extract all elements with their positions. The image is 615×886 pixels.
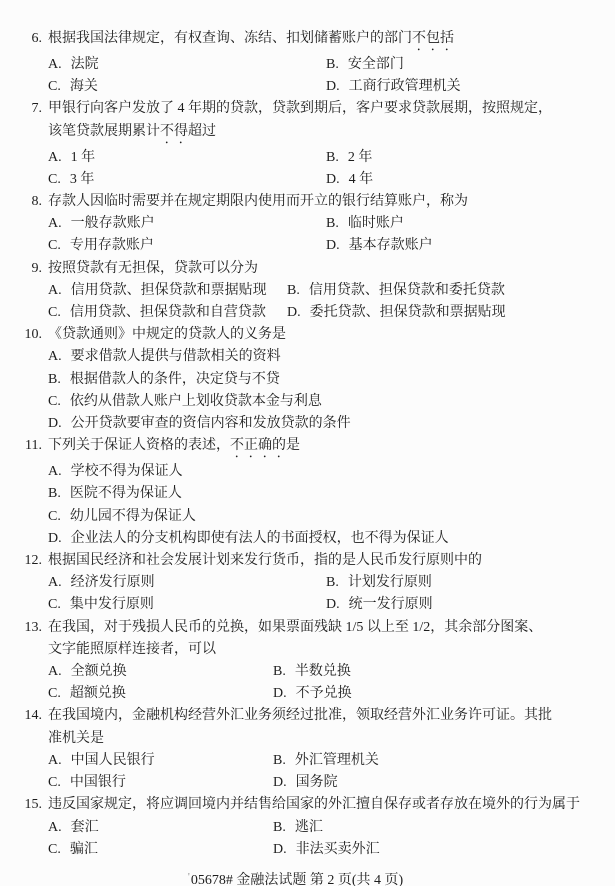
option-D: D.公开贷款要审查的资信内容和发放贷款的条件 bbox=[48, 413, 591, 435]
question-7: 7.甲银行向客户发放了 4 年期的贷款，贷款到期后，客户要求贷款展期，按照规定，… bbox=[0, 98, 591, 191]
option-A: A.要求借款人提供与借款相关的资料 bbox=[48, 346, 591, 368]
option-D: D.国务院 bbox=[273, 772, 591, 794]
option-text: 集中发行原则 bbox=[70, 597, 154, 612]
question-stem-line: 《贷款通则》中规定的贷款人的义务是 bbox=[48, 324, 591, 346]
option-A: A.信用贷款、担保贷款和票据贴现 bbox=[48, 280, 287, 302]
option-label: B. bbox=[326, 54, 339, 76]
option-A: A.学校不得为保证人 bbox=[48, 461, 591, 483]
option-label: C. bbox=[48, 76, 61, 98]
option-text: 外汇管理机关 bbox=[295, 753, 379, 768]
option-C: C.专用存款账户 bbox=[48, 235, 326, 257]
option-text: 要求借款人提供与借款相关的资料 bbox=[71, 349, 281, 364]
option-C: C.骗汇 bbox=[48, 839, 273, 861]
page-footer: '05678# 金融法试题 第 2 页(共 4 页) bbox=[0, 866, 591, 886]
option-text: 信用贷款、担保贷款和委托贷款 bbox=[309, 283, 505, 298]
option-B: B.外汇管理机关 bbox=[273, 750, 591, 772]
option-label: A. bbox=[48, 147, 62, 169]
option-label: C. bbox=[48, 839, 61, 861]
option-D: D.委托贷款、担保贷款和票据贴现 bbox=[287, 302, 591, 324]
option-text: 公开贷款要审查的资信内容和发放贷款的条件 bbox=[71, 416, 351, 431]
option-C: C.依约从借款人账户上划收贷款本金与利息 bbox=[48, 391, 591, 413]
option-D: D.不予兑换 bbox=[273, 683, 591, 705]
question-14: 14.在我国境内，金融机构经营外汇业务须经过批准，领取经营外汇业务许可证。其批准… bbox=[0, 705, 591, 794]
option-A: A.经济发行原则 bbox=[48, 572, 326, 594]
option-label: B. bbox=[273, 750, 286, 772]
stem-emphasized-text: 不正确的 bbox=[230, 438, 286, 453]
option-text: 专用存款账户 bbox=[70, 238, 154, 253]
options-grid: A.信用贷款、担保贷款和票据贴现B.信用贷款、担保贷款和委托贷款C.信用贷款、担… bbox=[48, 280, 591, 324]
option-B: B.根据借款人的条件，决定贷与不贷 bbox=[48, 369, 591, 391]
option-label: A. bbox=[48, 280, 62, 302]
option-label: A. bbox=[48, 750, 62, 772]
question-number: 9. bbox=[0, 258, 42, 280]
option-text: 根据借款人的条件，决定贷与不贷 bbox=[70, 372, 280, 387]
stem-text: 是 bbox=[286, 438, 300, 453]
option-text: 2 年 bbox=[348, 150, 373, 165]
question-stem-line: 按照贷款有无担保，贷款可以分为 bbox=[48, 258, 591, 280]
option-text: 统一发行原则 bbox=[349, 597, 433, 612]
option-C: C.集中发行原则 bbox=[48, 594, 326, 616]
option-A: A.1 年 bbox=[48, 147, 326, 169]
option-text: 幼儿园不得为保证人 bbox=[70, 509, 196, 524]
option-text: 工商行政管理机关 bbox=[349, 79, 461, 94]
option-text: 计划发行原则 bbox=[348, 575, 432, 590]
stem-text: 准机关是 bbox=[48, 731, 104, 746]
option-label: D. bbox=[273, 683, 287, 705]
option-label: A. bbox=[48, 661, 62, 683]
option-B: B.信用贷款、担保贷款和委托贷款 bbox=[287, 280, 591, 302]
option-text: 半数兑换 bbox=[295, 664, 351, 679]
option-label: D. bbox=[326, 76, 340, 98]
option-C: C.幼儿园不得为保证人 bbox=[48, 506, 591, 528]
option-text: 不予兑换 bbox=[296, 686, 352, 701]
question-stem-line: 甲银行向客户发放了 4 年期的贷款，贷款到期后，客户要求贷款展期，按照规定， bbox=[48, 98, 591, 120]
option-text: 依约从借款人账户上划收贷款本金与利息 bbox=[70, 394, 322, 409]
option-label: A. bbox=[48, 461, 62, 483]
stem-text: 违反国家规定，将应调回境内并结售给国家的外汇擅自保存或者存放在境外的行为属于 bbox=[48, 797, 580, 812]
stem-text: 在我国，对于残损人民币的兑换，如果票面残缺 1/5 以上至 1/2，其余部分图案… bbox=[48, 620, 542, 635]
question-stem-line: 该笔贷款展期累计不得超过 bbox=[48, 121, 591, 147]
option-D: D.4 年 bbox=[326, 169, 591, 191]
options-grid: A.学校不得为保证人B.医院不得为保证人C.幼儿园不得为保证人D.企业法人的分支… bbox=[48, 461, 591, 550]
option-C: C.信用贷款、担保贷款和自营贷款 bbox=[48, 302, 287, 324]
option-text: 临时账户 bbox=[348, 216, 404, 231]
stem-text: 按照贷款有无担保，贷款可以分为 bbox=[48, 261, 258, 276]
option-text: 3 年 bbox=[70, 172, 95, 187]
option-text: 套汇 bbox=[71, 820, 99, 835]
exam-page: 6.根据我国法律规定，有权查询、冻结、扣划储蓄账户的部门不包括A.法院B.安全部… bbox=[0, 0, 615, 886]
question-number: 12. bbox=[0, 550, 42, 572]
stem-text: 《贷款通则》中规定的贷款人的义务是 bbox=[48, 327, 286, 342]
option-text: 医院不得为保证人 bbox=[70, 486, 182, 501]
option-text: 信用贷款、担保贷款和自营贷款 bbox=[70, 305, 266, 320]
option-label: A. bbox=[48, 213, 62, 235]
options-grid: A.一般存款账户B.临时账户C.专用存款账户D.基本存款账户 bbox=[48, 213, 591, 257]
question-9: 9.按照贷款有无担保，贷款可以分为A.信用贷款、担保贷款和票据贴现B.信用贷款、… bbox=[0, 258, 591, 325]
option-B: B.医院不得为保证人 bbox=[48, 483, 591, 505]
stem-emphasized-text: 不得 bbox=[160, 124, 188, 139]
option-text: 海关 bbox=[70, 79, 98, 94]
option-label: D. bbox=[48, 528, 62, 550]
question-number: 7. bbox=[0, 98, 42, 120]
option-C: C.超额兑换 bbox=[48, 683, 273, 705]
question-12: 12.根据国民经济和社会发展计划来发行货币，指的是人民币发行原则中的A.经济发行… bbox=[0, 550, 591, 617]
question-number: 8. bbox=[0, 191, 42, 213]
option-label: D. bbox=[326, 594, 340, 616]
question-number: 10. bbox=[0, 324, 42, 346]
option-label: D. bbox=[287, 302, 301, 324]
option-label: C. bbox=[48, 235, 61, 257]
option-B: B.安全部门 bbox=[326, 54, 591, 76]
option-C: C.3 年 bbox=[48, 169, 326, 191]
question-stem-line: 在我国，对于残损人民币的兑换，如果票面残缺 1/5 以上至 1/2，其余部分图案… bbox=[48, 617, 591, 639]
stem-text: 该笔贷款展期累计 bbox=[48, 124, 160, 139]
question-number: 15. bbox=[0, 794, 42, 816]
question-stem-line: 根据我国法律规定，有权查询、冻结、扣划储蓄账户的部门不包括 bbox=[48, 28, 591, 54]
option-label: D. bbox=[273, 772, 287, 794]
question-6: 6.根据我国法律规定，有权查询、冻结、扣划储蓄账户的部门不包括A.法院B.安全部… bbox=[0, 28, 591, 98]
options-grid: A.中国人民银行B.外汇管理机关C.中国银行D.国务院 bbox=[48, 750, 591, 794]
option-label: C. bbox=[48, 506, 61, 528]
stem-text: 根据我国法律规定，有权查询、冻结、扣划储蓄账户的部门 bbox=[48, 31, 412, 46]
option-label: B. bbox=[48, 483, 61, 505]
option-text: 基本存款账户 bbox=[349, 238, 433, 253]
question-15: 15.违反国家规定，将应调回境内并结售给国家的外汇擅自保存或者存放在境外的行为属… bbox=[0, 794, 591, 861]
question-stem-line: 文字能照原样连接者，可以 bbox=[48, 639, 591, 661]
question-stem-line: 违反国家规定，将应调回境内并结售给国家的外汇擅自保存或者存放在境外的行为属于 bbox=[48, 794, 591, 816]
option-label: C. bbox=[48, 594, 61, 616]
option-text: 全额兑换 bbox=[71, 664, 127, 679]
option-A: A.套汇 bbox=[48, 817, 273, 839]
option-B: B.临时账户 bbox=[326, 213, 591, 235]
option-text: 信用贷款、担保贷款和票据贴现 bbox=[71, 283, 267, 298]
options-grid: A.套汇B.逃汇C.骗汇D.非法买卖外汇 bbox=[48, 817, 591, 861]
option-A: A.全额兑换 bbox=[48, 661, 273, 683]
option-text: 委托贷款、担保贷款和票据贴现 bbox=[310, 305, 506, 320]
option-text: 非法买卖外汇 bbox=[296, 842, 380, 857]
option-label: B. bbox=[326, 147, 339, 169]
option-text: 国务院 bbox=[296, 775, 338, 790]
stem-text: 根据国民经济和社会发展计划来发行货币，指的是人民币发行原则中的 bbox=[48, 553, 482, 568]
option-label: D. bbox=[326, 235, 340, 257]
option-label: D. bbox=[48, 413, 62, 435]
option-C: C.中国银行 bbox=[48, 772, 273, 794]
option-label: B. bbox=[48, 369, 61, 391]
option-label: A. bbox=[48, 346, 62, 368]
scan-artifact-tick: ' bbox=[188, 871, 190, 883]
question-number: 14. bbox=[0, 705, 42, 727]
option-label: D. bbox=[326, 169, 340, 191]
option-D: D.工商行政管理机关 bbox=[326, 76, 591, 98]
option-text: 中国人民银行 bbox=[71, 753, 155, 768]
option-label: B. bbox=[326, 213, 339, 235]
stem-text: 超过 bbox=[188, 124, 216, 139]
options-grid: A.1 年B.2 年C.3 年D.4 年 bbox=[48, 147, 591, 191]
option-D: D.基本存款账户 bbox=[326, 235, 591, 257]
question-13: 13.在我国，对于残损人民币的兑换，如果票面残缺 1/5 以上至 1/2，其余部… bbox=[0, 617, 591, 706]
option-label: B. bbox=[287, 280, 300, 302]
options-grid: A.经济发行原则B.计划发行原则C.集中发行原则D.统一发行原则 bbox=[48, 572, 591, 616]
option-B: B.半数兑换 bbox=[273, 661, 591, 683]
option-text: 4 年 bbox=[349, 172, 374, 187]
option-D: D.企业法人的分支机构即使有法人的书面授权，也不得为保证人 bbox=[48, 528, 591, 550]
question-stem-line: 下列关于保证人资格的表述，不正确的是 bbox=[48, 435, 591, 461]
option-C: C.海关 bbox=[48, 76, 326, 98]
question-stem-line: 准机关是 bbox=[48, 728, 591, 750]
question-10: 10.《贷款通则》中规定的贷款人的义务是A.要求借款人提供与借款相关的资料B.根… bbox=[0, 324, 591, 435]
option-text: 骗汇 bbox=[70, 842, 98, 857]
option-label: D. bbox=[273, 839, 287, 861]
options-grid: A.要求借款人提供与借款相关的资料B.根据借款人的条件，决定贷与不贷C.依约从借… bbox=[48, 346, 591, 435]
option-text: 中国银行 bbox=[70, 775, 126, 790]
option-label: C. bbox=[48, 169, 61, 191]
option-text: 学校不得为保证人 bbox=[71, 464, 183, 479]
option-label: A. bbox=[48, 817, 62, 839]
options-grid: A.法院B.安全部门C.海关D.工商行政管理机关 bbox=[48, 54, 591, 98]
option-text: 逃汇 bbox=[295, 820, 323, 835]
question-8: 8.存款人因临时需要并在规定期限内使用而开立的银行结算账户，称为A.一般存款账户… bbox=[0, 191, 591, 258]
option-A: A.中国人民银行 bbox=[48, 750, 273, 772]
stem-text: 存款人因临时需要并在规定期限内使用而开立的银行结算账户，称为 bbox=[48, 194, 468, 209]
option-B: B.2 年 bbox=[326, 147, 591, 169]
option-label: B. bbox=[273, 817, 286, 839]
question-number: 6. bbox=[0, 28, 42, 50]
page-footer-text: 05678# 金融法试题 第 2 页(共 4 页) bbox=[191, 873, 403, 886]
option-text: 经济发行原则 bbox=[71, 575, 155, 590]
option-B: B.计划发行原则 bbox=[326, 572, 591, 594]
option-label: B. bbox=[326, 572, 339, 594]
question-number: 11. bbox=[0, 435, 42, 457]
stem-text: 下列关于保证人资格的表述， bbox=[48, 438, 230, 453]
option-label: A. bbox=[48, 572, 62, 594]
question-stem-line: 根据国民经济和社会发展计划来发行货币，指的是人民币发行原则中的 bbox=[48, 550, 591, 572]
option-label: C. bbox=[48, 302, 61, 324]
question-11: 11.下列关于保证人资格的表述，不正确的是A.学校不得为保证人B.医院不得为保证… bbox=[0, 435, 591, 550]
option-label: B. bbox=[273, 661, 286, 683]
stem-text: 在我国境内，金融机构经营外汇业务须经过批准，领取经营外汇业务许可证。其批 bbox=[48, 708, 552, 723]
option-A: A.一般存款账户 bbox=[48, 213, 326, 235]
stem-text: 文字能照原样连接者，可以 bbox=[48, 642, 216, 657]
option-B: B.逃汇 bbox=[273, 817, 591, 839]
option-text: 安全部门 bbox=[348, 57, 404, 72]
question-number: 13. bbox=[0, 617, 42, 639]
option-text: 超额兑换 bbox=[70, 686, 126, 701]
option-text: 1 年 bbox=[71, 150, 96, 165]
option-label: C. bbox=[48, 391, 61, 413]
options-grid: A.全额兑换B.半数兑换C.超额兑换D.不予兑换 bbox=[48, 661, 591, 705]
option-label: A. bbox=[48, 54, 62, 76]
stem-emphasized-text: 不包括 bbox=[412, 31, 454, 46]
option-text: 企业法人的分支机构即使有法人的书面授权，也不得为保证人 bbox=[71, 531, 449, 546]
option-text: 法院 bbox=[71, 57, 99, 72]
option-D: D.非法买卖外汇 bbox=[273, 839, 591, 861]
question-stem-line: 存款人因临时需要并在规定期限内使用而开立的银行结算账户，称为 bbox=[48, 191, 591, 213]
question-stem-line: 在我国境内，金融机构经营外汇业务须经过批准，领取经营外汇业务许可证。其批 bbox=[48, 705, 591, 727]
option-label: C. bbox=[48, 772, 61, 794]
option-label: C. bbox=[48, 683, 61, 705]
option-text: 一般存款账户 bbox=[71, 216, 155, 231]
option-A: A.法院 bbox=[48, 54, 326, 76]
stem-text: 甲银行向客户发放了 4 年期的贷款，贷款到期后，客户要求贷款展期，按照规定， bbox=[48, 101, 552, 116]
option-D: D.统一发行原则 bbox=[326, 594, 591, 616]
